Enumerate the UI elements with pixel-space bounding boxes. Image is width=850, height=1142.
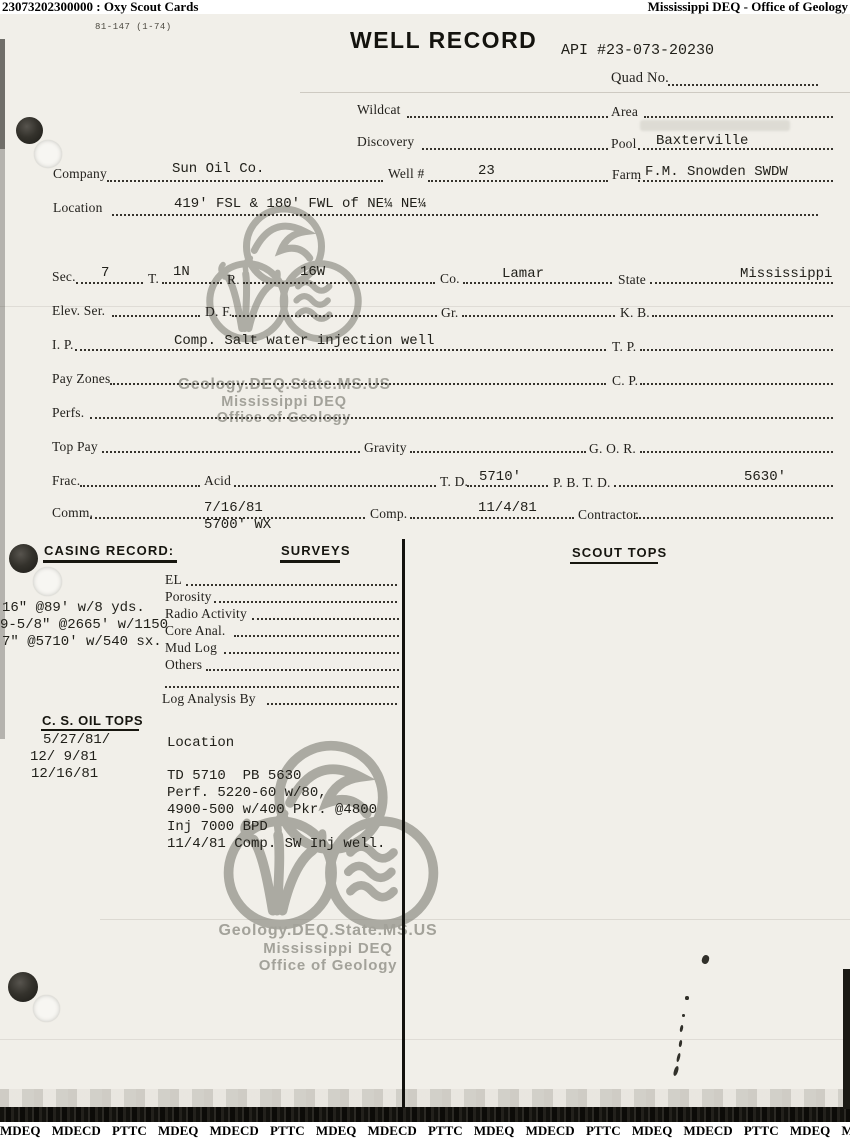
note-line: Perf. 5220-60 w/80, (167, 785, 327, 801)
value-range: 16W (300, 264, 325, 280)
leader-line (650, 282, 833, 284)
leader-line (410, 517, 574, 519)
leader-line (206, 669, 399, 671)
label-acid: Acid (204, 473, 231, 489)
header-right-title: Mississippi DEQ - Office of Geology (648, 0, 848, 15)
leader-line (422, 148, 608, 150)
label-tp: T. P. (612, 339, 636, 355)
label-location: Location (53, 200, 103, 216)
leader-line (463, 282, 612, 284)
leader-line (76, 282, 143, 284)
watermark-agency: Mississippi DEQ (178, 394, 390, 410)
punch-hole-light (34, 140, 62, 168)
leader-line (75, 349, 606, 351)
value-location: 419' FSL & 180' FWL of NE¼ NE¼ (174, 196, 426, 212)
leader-line (243, 282, 435, 284)
api-number: API #23-073-20230 (561, 42, 714, 59)
ink-speck (673, 1066, 680, 1077)
heading-underline (43, 560, 177, 563)
form-number: 81-147 (1-74) (95, 22, 172, 32)
value-pbtd: 5630' (744, 469, 786, 485)
survey-label-log-analysis-by: Log Analysis By (162, 691, 256, 707)
leader-line (467, 485, 548, 487)
scan-streak (0, 306, 850, 307)
value-sec: 7 (101, 265, 109, 281)
scan-streak (0, 1039, 850, 1040)
value-farm: F.M. Snowden SWDW (645, 164, 788, 180)
note-line: 4900-500 w/400 Pkr. @4800 (167, 802, 377, 818)
heading-surveys: SURVEYS (281, 543, 351, 558)
leader-line (638, 180, 833, 182)
leader-line (636, 517, 833, 519)
heading-cs-oil-tops: C. S. OIL TOPS (42, 713, 143, 728)
label-quad-no: Quad No. (611, 70, 669, 87)
survey-label-core-anal: Core Anal. (165, 623, 226, 639)
survey-label-el: EL (165, 572, 182, 588)
leader-line (267, 703, 397, 705)
ink-speck (676, 1053, 681, 1062)
value-comp-date: 11/4/81 (478, 500, 537, 516)
leader-line (407, 116, 608, 118)
label-kb: K. B. (620, 305, 650, 321)
ink-speck (685, 996, 689, 1000)
label-frac: Frac. (52, 473, 80, 489)
leader-line (112, 315, 200, 317)
value-comm-note: 5700' WX (204, 517, 271, 533)
casing-line: 16" @89' w/8 yds. (2, 600, 145, 616)
value-well-no: 23 (478, 163, 495, 179)
leader-line (462, 315, 615, 317)
scan-streak (300, 92, 850, 93)
oil-top-date: 12/ 9/81 (30, 749, 97, 765)
well-record-card-scan: Geology.DEQ.State.MS.US Mississippi DEQ … (0, 14, 850, 1122)
leader-line (428, 180, 608, 182)
punch-hole-dark (9, 544, 38, 573)
value-pool: Baxterville (656, 133, 748, 149)
ink-speck (679, 1025, 683, 1032)
leader-line (614, 485, 833, 487)
label-county: Co. (440, 271, 460, 287)
label-range: R. (227, 272, 240, 288)
watermark-url: Geology.DEQ.State.MS.US (218, 922, 438, 940)
watermark-url: Geology.DEQ.State.MS.US (178, 376, 390, 394)
leader-line (668, 84, 818, 86)
leader-line (165, 686, 399, 688)
value-company: Sun Oil Co. (172, 161, 264, 177)
casing-line: 9-5/8" @2665' w/1150 (0, 617, 168, 633)
leader-line (214, 601, 397, 603)
value-ip: Comp. Salt water injection well (174, 333, 434, 349)
label-company: Company (53, 166, 107, 182)
label-state: State (618, 272, 646, 288)
label-ip: I. P. (52, 337, 74, 353)
leader-line (90, 417, 833, 419)
watermark-agency: Mississippi DEQ (218, 940, 438, 957)
label-df: D. F. (205, 304, 232, 320)
label-well-no: Well # (388, 166, 424, 182)
viewer-footer-bar: MDEQ MDECD PTTC MDEQ MDECD PTTC MDEQ MDE… (0, 1122, 850, 1142)
leader-line (410, 451, 586, 453)
value-td: 5710' (479, 469, 521, 485)
punch-hole-light (33, 995, 60, 1022)
ink-speck (701, 954, 711, 965)
header-left-title: 23073202300000 : Oxy Scout Cards (2, 0, 198, 15)
footer-codes-text: MDEQ MDECD PTTC MDEQ MDECD PTTC MDEQ MDE… (0, 1123, 850, 1139)
viewer-header-bar: 23073202300000 : Oxy Scout Cards Mississ… (0, 0, 850, 14)
label-top-pay: Top Pay (52, 439, 98, 455)
heading-underline (41, 729, 139, 731)
ink-speck (678, 1040, 682, 1047)
label-contractor: Contractor (578, 507, 638, 523)
scout-card-viewer-page: 23073202300000 : Oxy Scout Cards Mississ… (0, 0, 850, 1142)
leader-line (644, 116, 833, 118)
label-wildcat: Wildcat (357, 102, 401, 118)
scan-edge-artifact (843, 969, 850, 1109)
label-discovery: Discovery (357, 134, 414, 150)
note-line: TD 5710 PB 5630 (167, 768, 301, 784)
note-line: 11/4/81 Comp. SW Inj well. (167, 836, 385, 852)
survey-label-others: Others (165, 657, 202, 673)
leader-line (162, 282, 222, 284)
label-pay-zones: Pay Zones (52, 371, 110, 387)
value-township: 1N (173, 264, 190, 280)
value-comm-date: 7/16/81 (204, 500, 263, 516)
leader-line (186, 584, 397, 586)
punch-hole-light (33, 567, 62, 596)
label-township: T. (148, 271, 159, 287)
well-record-title: WELL RECORD (350, 27, 537, 55)
leader-line (652, 315, 833, 317)
label-pbtd: P. B. T. D. (553, 475, 611, 491)
casing-line: 7" @5710' w/540 sx. (2, 634, 162, 650)
label-perfs: Perfs. (52, 405, 84, 421)
scan-smudge (640, 120, 790, 131)
heading-casing-record: CASING RECORD: (44, 543, 174, 558)
leader-line (234, 485, 436, 487)
scan-edge-artifact (0, 39, 5, 739)
punch-hole-dark (8, 972, 38, 1002)
heading-scout-tops: SCOUT TOPS (572, 545, 667, 560)
label-td: T. D. (440, 474, 468, 490)
label-farm: Farm (612, 167, 641, 183)
leader-line (224, 652, 399, 654)
value-state: Mississippi (740, 266, 832, 282)
oil-top-date: 5/27/81/ (43, 732, 110, 748)
label-sec: Sec. (52, 269, 76, 285)
label-cp: C. P. (612, 373, 638, 389)
leader-line (640, 349, 833, 351)
notes-heading: Location (167, 735, 234, 751)
label-gravity: Gravity (364, 440, 407, 456)
leader-line (80, 485, 200, 487)
leader-line (232, 315, 437, 317)
label-gr: Gr. (441, 305, 458, 321)
leader-line (102, 451, 360, 453)
heading-underline (570, 562, 658, 564)
section-divider-line (402, 539, 405, 1108)
label-comp: Comp. (370, 506, 407, 522)
label-pool: Pool (611, 136, 637, 152)
leader-line (107, 180, 383, 182)
punch-hole-dark (16, 117, 43, 144)
scan-noise-band (0, 1089, 850, 1108)
leader-line (640, 451, 833, 453)
ink-speck (682, 1014, 685, 1017)
label-area: Area (611, 104, 638, 120)
survey-label-porosity: Porosity (165, 589, 212, 605)
leader-line (252, 618, 399, 620)
note-line: Inj 7000 BPD (167, 819, 268, 835)
watermark-text-lower: Geology.DEQ.State.MS.US Mississippi DEQ … (218, 922, 438, 974)
value-county: Lamar (502, 266, 544, 282)
leader-line (112, 214, 818, 216)
label-gor: G. O. R. (589, 441, 636, 457)
leader-line (234, 635, 399, 637)
watermark-office: Office of Geology (218, 957, 438, 974)
leader-line (640, 383, 833, 385)
scan-streak (100, 919, 850, 920)
oil-top-date: 12/16/81 (31, 766, 98, 782)
label-comm: Comm. (52, 505, 93, 521)
heading-underline (280, 560, 340, 563)
mdeq-logo-icon (198, 202, 370, 352)
survey-label-radio-activity: Radio Activity (165, 606, 247, 622)
survey-label-mud-log: Mud Log (165, 640, 217, 656)
label-elev-ser: Elev. Ser. (52, 303, 105, 319)
leader-line (110, 383, 606, 385)
